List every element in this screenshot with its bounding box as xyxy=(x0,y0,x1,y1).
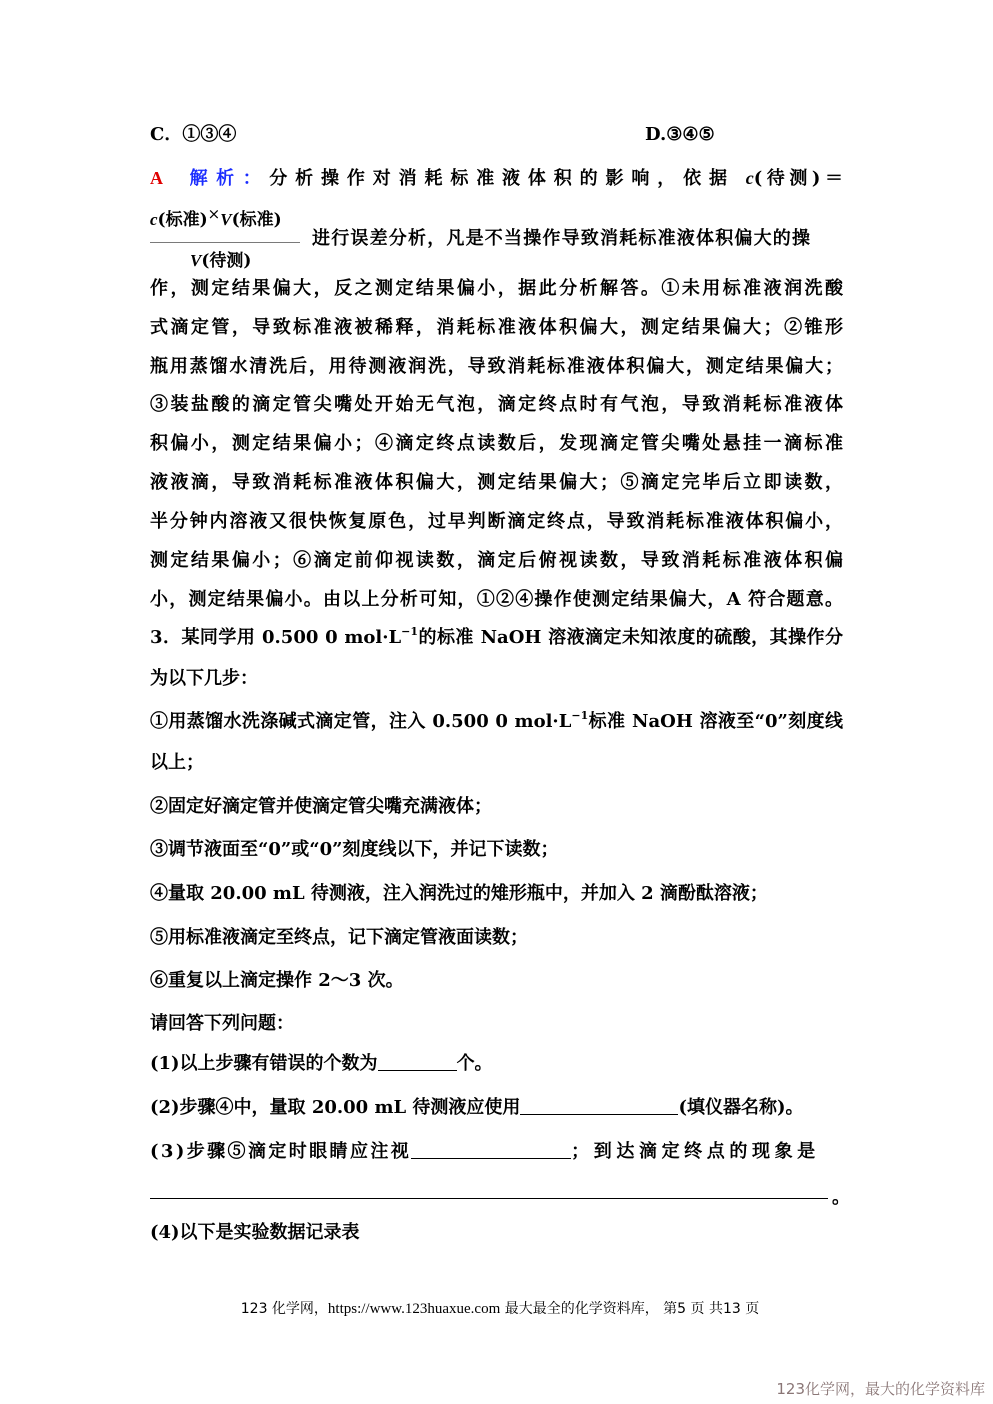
sub-question-3: (3)步骤⑤滴定时眼睛应注视；到达滴定终点的现象是 xyxy=(150,1140,843,1164)
step-4: ④量取 20.00 mL 待测液，注入润洗过的雉形瓶中，并加入 2 滴酚酞溶液； xyxy=(150,882,843,906)
answer-blank[interactable] xyxy=(520,1096,678,1115)
option-c: C．①③④ xyxy=(150,124,236,145)
question-3-stem-cont: 为以下几步： xyxy=(150,667,843,691)
analysis-line-2: 进行误差分析，凡是不当操作导致消耗标准液体积偏大的操 xyxy=(312,227,843,251)
sub-question-text: ；到达滴定终点的现象是 xyxy=(571,1141,820,1162)
step-1-cont: 以上； xyxy=(150,751,843,775)
sub-question-text: (2)步骤④中，量取 20.00 mL 待测液应使用 xyxy=(150,1097,520,1118)
analysis-line: 液液滴，导致消耗标准液体积偏大，测定结果偏大；⑤滴定完毕后立即读数， xyxy=(150,471,843,495)
sub-question-1: (1)以上步骤有错误的个数为个。 xyxy=(150,1052,843,1076)
fraction-numerator: c(标准)×V(标准) xyxy=(150,205,282,230)
sub-question-2: (2)步骤④中，量取 20.00 mL 待测液应使用(填仪器名称)。 xyxy=(150,1096,843,1120)
analysis-line: 式滴定管，导致标准液被稀释，消耗标准液体积偏大，测定结果偏大；②锥形 xyxy=(150,316,843,340)
sub-question-text: (3)步骤⑤滴定时眼睛应注视 xyxy=(150,1141,411,1162)
answer-blank-full-line[interactable] xyxy=(150,1198,828,1199)
formula-lhs: (待测)＝ xyxy=(754,168,843,189)
sub-question-text: (1)以上步骤有错误的个数为 xyxy=(150,1053,378,1074)
step-3: ③调节液面至“0”或“0”刻度线以下，并记下读数； xyxy=(150,838,843,862)
analysis-line: 作，测定结果偏大，反之测定结果偏小，据此分析解答。①未用标准液润洗酸 xyxy=(150,277,843,301)
analysis-line: 积偏小，测定结果偏小；④滴定终点读数后，发现滴定管尖嘴处悬挂一滴标准 xyxy=(150,432,843,456)
page-number: 第5 页 共13 页 xyxy=(663,1301,759,1317)
sub-question-text: 个。 xyxy=(457,1053,493,1074)
den-label: (待测) xyxy=(201,251,251,271)
analysis-text: 分析操作对消耗标准液体积的影响，依据 xyxy=(269,168,735,189)
option-d: D.③④⑤ xyxy=(645,123,715,147)
step-text: ①用蒸馏水洗涤碱式滴定管，注入 0.500 0 mol·L xyxy=(150,711,571,732)
superscript: −1 xyxy=(571,709,588,722)
step-6: ⑥重复以上滴定操作 2～3 次。 xyxy=(150,969,843,993)
var-c: c xyxy=(150,210,158,229)
step-2: ②固定好滴定管并使滴定管尖嘴充满液体； xyxy=(150,795,843,819)
num-label-a: (标准) xyxy=(158,210,208,230)
footer-slogan: 最大最全的化学资料库， xyxy=(500,1301,663,1317)
fraction-bar xyxy=(150,242,300,243)
analysis-line: 测定结果偏小；⑥滴定前仰视读数，滴定后俯视读数，导致消耗标准液体积偏 xyxy=(150,549,843,573)
analysis-line: 半分钟内溶液又很快恢复原色，过早判断滴定终点，导致消耗标准液体积偏小， xyxy=(150,510,843,534)
fraction-denominator: V(待测) xyxy=(190,246,251,271)
superscript: −1 xyxy=(401,625,418,638)
page-footer: 123 化学网，https://www.123huaxue.com 最大最全的化… xyxy=(200,1298,800,1318)
analysis-label: 解析： xyxy=(185,168,269,189)
option-row: C．①③④ D.③④⑤ xyxy=(150,123,843,147)
question-3-stem: 3．某同学用 0.500 0 mol·L−1的标准 NaOH 溶液滴定未知浓度的… xyxy=(150,626,843,650)
footer-site: 123 化学网， xyxy=(241,1301,328,1317)
stem-text: 的标准 NaOH 溶液滴定未知浓度的硫酸，其操作分 xyxy=(418,627,843,648)
sub-question-4: (4)以下是实验数据记录表 xyxy=(150,1221,843,1245)
times-icon: × xyxy=(208,205,221,223)
question-prompt: 请回答下列问题： xyxy=(150,1012,843,1036)
answer-letter: A xyxy=(150,168,163,188)
step-1: ①用蒸馏水洗涤碱式滴定管，注入 0.500 0 mol·L−1标准 NaOH 溶… xyxy=(150,710,843,734)
analysis-line-1: A解析：分析操作对消耗标准液体积的影响，依据 c(待测)＝ xyxy=(150,166,843,191)
step-text: 标准 NaOH 溶液至“0”刻度线 xyxy=(588,711,843,732)
step-5: ⑤用标准液滴定至终点，记下滴定管液面读数； xyxy=(150,926,843,950)
analysis-line: 瓶用蒸馏水清洗后，用待测液润洗，导致消耗标准液体积偏大，测定结果偏大； xyxy=(150,355,843,379)
sub-question-text: (填仪器名称)。 xyxy=(678,1097,803,1118)
period: 。 xyxy=(832,1183,850,1209)
analysis-line: ③装盐酸的滴定管尖嘴处开始无气泡，滴定终点时有气泡，导致消耗标准液体 xyxy=(150,393,843,417)
num-label-b: (标准) xyxy=(232,210,282,230)
analysis-line: 小，测定结果偏小。由以上分析可知，①②④操作使测定结果偏大，A 符合题意。 xyxy=(150,588,843,612)
formula-var-c: c xyxy=(746,168,754,188)
answer-blank[interactable] xyxy=(411,1140,571,1159)
analysis-text: 进行误差分析，凡是不当操作导致消耗标准液体积偏大的操 xyxy=(312,228,811,249)
watermark: 123化学网，最大的化学资料库 xyxy=(776,1378,985,1399)
var-v: V xyxy=(190,251,201,270)
var-v: V xyxy=(220,210,231,229)
answer-blank[interactable] xyxy=(378,1052,457,1071)
stem-text: 3．某同学用 0.500 0 mol·L xyxy=(150,627,401,648)
footer-link[interactable]: https://www.123huaxue.com xyxy=(328,1301,500,1317)
